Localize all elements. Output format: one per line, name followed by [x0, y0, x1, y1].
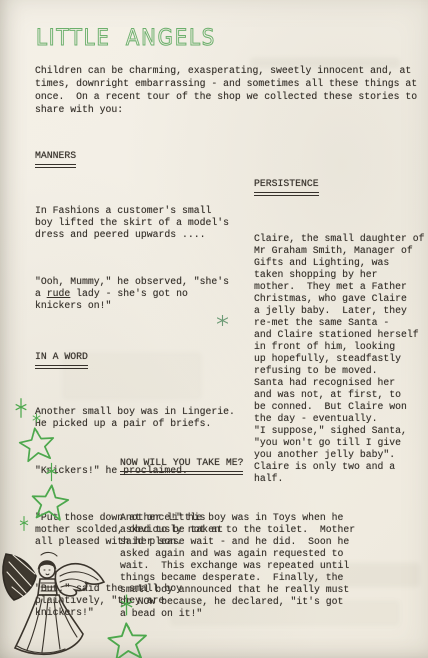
sparkle-icon — [118, 593, 135, 617]
story-paragraph: Another little boy was in Toys when he a… — [120, 512, 372, 620]
sparkle-icon — [32, 412, 41, 424]
story-paragraph: Another small boy was in Lingerie. He pi… — [35, 406, 237, 430]
bottom-section: NOW WILL YOU TAKE ME? Another little boy… — [120, 433, 372, 655]
asterisk-icon — [217, 315, 228, 326]
story-paragraph: "Ooh, Mummy," he observed, "she's a rude… — [35, 276, 237, 312]
intro-paragraph: Children can be charming, exasperating, … — [35, 64, 428, 116]
star-icon — [15, 423, 60, 464]
story-paragraph: In Fashions a customer's small boy lifte… — [35, 205, 237, 241]
angel-icon — [0, 542, 110, 658]
section-heading-in-a-word: IN A WORD — [35, 351, 88, 369]
sparkle-icon — [18, 515, 30, 532]
underlined-word: rude — [47, 288, 71, 299]
section-heading-now-will-you-take-me: NOW WILL YOU TAKE ME? — [120, 457, 243, 475]
star-icon — [104, 619, 152, 658]
sparkle-icon — [13, 397, 29, 419]
svg-text:LITTLE ANGELS: LITTLE ANGELS — [36, 26, 216, 51]
star-icon — [27, 481, 73, 523]
page-title: LITTLE ANGELS — [34, 17, 244, 53]
sparkle-icon — [44, 461, 59, 483]
section-heading-manners: MANNERS — [35, 150, 76, 168]
section-heading-persistence: PERSISTENCE — [254, 178, 319, 196]
scanned-newsletter-page: LITTLE ANGELS Children can be charming, … — [0, 0, 428, 658]
